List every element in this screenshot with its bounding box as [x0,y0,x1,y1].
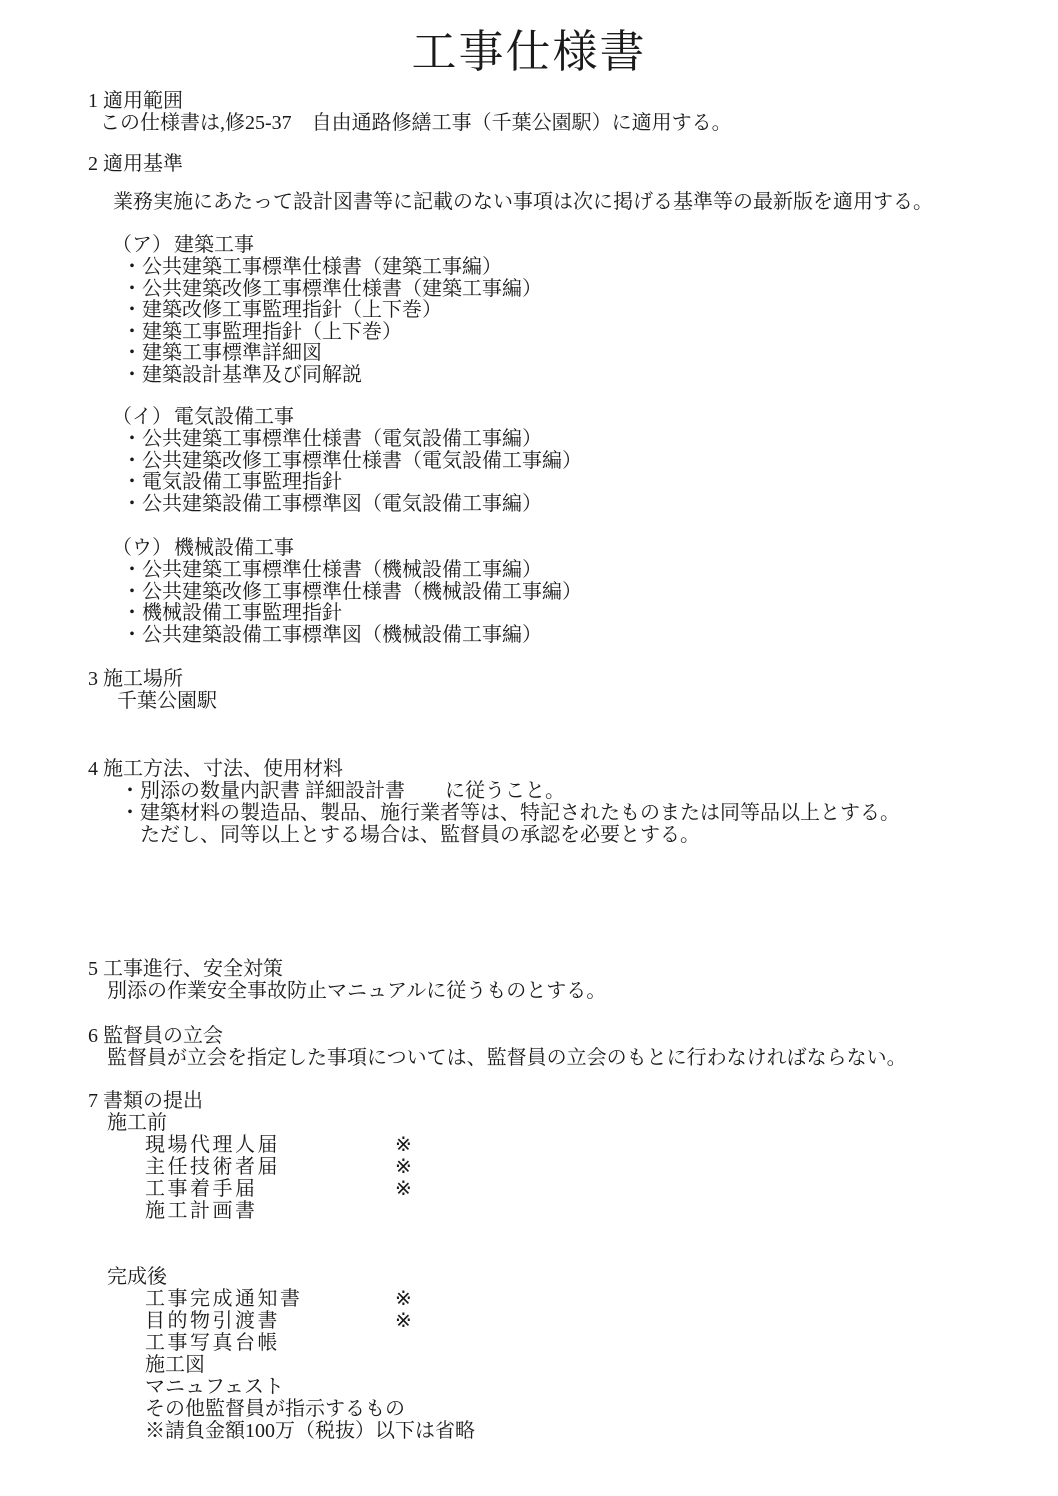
documents-before-list: 現場代理人届※ 主任技術者届※ 工事着手届※ 施工計画書 [145,1134,280,1222]
document-item-label: 施工計画書 [145,1200,258,1222]
standards-list: ・公共建築工事標準仕様書（建築工事編） ・公共建築改修工事標準仕様書（建築工事編… [122,257,542,386]
standards-list: ・公共建築工事標準仕様書（電気設備工事編） ・公共建築改修工事標準仕様書（電気設… [122,429,582,515]
group-name: 機械設備工事 [174,537,294,559]
document-item: 主任技術者届※ [145,1156,280,1178]
standards-list: ・公共建築工事標準仕様書（機械設備工事編） ・公共建築改修工事標準仕様書（機械設… [122,560,582,646]
section-number: 3 [88,668,103,690]
section-6-body: 監督員が立会を指定した事項については、監督員の立会のもとに行わなければならない。 [107,1047,907,1069]
bullet-icon: ・ [122,279,142,301]
list-item-text: 建築工事監理指針（上下巻） [142,321,402,343]
bullet-icon: ・ [122,560,142,582]
document-item-label: 工事完成通知書 [145,1288,303,1310]
document-item-label: 主任技術者届 [145,1156,280,1178]
section-5-body: 別添の作業安全事故防止マニュアルに従うものとする。 [107,980,606,1002]
list-item-text: 公共建築工事標準仕様書（機械設備工事編） [142,559,542,581]
group-name: 建築工事 [174,234,254,256]
list-item: ・建築設計基準及び同解説 [122,365,542,387]
section-5: 5工事進行、安全対策 別添の作業安全事故防止マニュアルに従うものとする。 [88,958,606,1002]
subsection-label-after: 完成後 [107,1266,475,1288]
document-item: 施工計画書 [145,1200,280,1222]
section-4-list: ・別添の数量内訳書 詳細設計書 に従うこと。 ・建築材料の製造品、製品、施行業者… [120,780,900,824]
section-number: 5 [88,958,103,980]
section-heading: 施工方法、寸法、使用材料 [103,758,343,780]
list-item-text: 公共建築工事標準仕様書（建築工事編） [142,256,502,278]
standards-group-architecture: （ア）建築工事 ・公共建築工事標準仕様書（建築工事編） ・公共建築改修工事標準仕… [112,233,542,386]
documents-after-list: 工事完成通知書※ 目的物引渡書※ 工事写真台帳 施工図 マニュフェスト その他監… [145,1288,475,1442]
section-heading-row: 4施工方法、寸法、使用材料 [88,758,900,780]
list-item: ・公共建築改修工事標準仕様書（建築工事編） [122,279,542,301]
list-item-text: 建築改修工事監理指針（上下巻） [142,299,442,321]
list-item: ・公共建築工事標準仕様書（電気設備工事編） [122,429,582,451]
list-item: ・公共建築設備工事標準図（機械設備工事編） [122,625,582,647]
section-heading-row: 3施工場所 [88,668,217,690]
section-7: 7書類の提出 施工前 現場代理人届※ 主任技術者届※ 工事着手届※ 施工計画書 [88,1090,280,1222]
list-item: ・公共建築設備工事標準図（電気設備工事編） [122,494,582,516]
document-item: 施工図 [145,1354,475,1376]
group-heading: （ア）建築工事 [112,233,542,257]
bullet-icon: ・ [122,625,142,647]
list-item: ・建築工事標準詳細図 [122,343,542,365]
list-item-continuation: ただし、同等以上とする場合は、監督員の承認を必要とする。 [140,824,900,846]
list-item: ・機械設備工事監理指針 [122,603,582,625]
section-6: 6監督員の立会 監督員が立会を指定した事項については、監督員の立会のもとに行わな… [88,1025,907,1069]
document-item-label: 工事写真台帳 [145,1332,280,1354]
section-heading-row: 1適用範囲 [88,90,183,112]
bullet-icon: ・ [122,365,142,387]
bullet-icon: ・ [120,780,140,802]
list-item: ・建築材料の製造品、製品、施行業者等は、特記されたものまたは同等品以上とする。 [120,802,900,824]
bullet-icon: ・ [120,802,140,824]
bullet-icon: ・ [122,429,142,451]
section-2: 2適用基準 [88,153,183,175]
section-1: 1適用範囲 [88,90,183,112]
group-heading: （ウ）機械設備工事 [112,536,582,560]
omission-note: ※請負金額100万（税抜）以下は省略 [145,1420,475,1442]
document-item-label: 目的物引渡書 [145,1310,280,1332]
section-heading-row: 6監督員の立会 [88,1025,907,1047]
bullet-icon: ・ [122,343,142,365]
section-heading: 施工場所 [103,668,183,690]
document-item-label: マニュフェスト [145,1376,284,1398]
bullet-icon: ・ [122,322,142,344]
reference-mark: ※ [395,1156,412,1178]
group-name: 電気設備工事 [174,406,294,428]
section-number: 7 [88,1090,103,1112]
document-item-label: 施工図 [145,1354,205,1376]
specification-document-page: 工事仕様書 1適用範囲 この仕様書は,修25-37 自由通路修繕工事（千葉公園駅… [0,0,1058,1496]
list-item-text: 別添の数量内訳書 詳細設計書 に従うこと。 [140,780,565,802]
list-item-text: 公共建築設備工事標準図（機械設備工事編） [142,624,542,646]
document-item: 目的物引渡書※ [145,1310,475,1332]
omission-note-text: ※請負金額100万（税抜）以下は省略 [145,1420,475,1442]
list-item: ・建築改修工事監理指針（上下巻） [122,300,542,322]
bullet-icon: ・ [122,257,142,279]
list-item-text: 建築材料の製造品、製品、施行業者等は、特記されたものまたは同等品以上とする。 [140,802,900,824]
section-2-body: 業務実施にあたって設計図書等に記載のない事項は次に掲げる基準等の最新版を適用する… [113,191,933,213]
document-item: 工事着手届※ [145,1178,280,1200]
subsection-label-before: 施工前 [107,1112,280,1134]
section-3-body: 千葉公園駅 [117,690,217,712]
document-item-label: その他監督員が指示するもの [145,1398,405,1420]
section-heading: 書類の提出 [103,1090,203,1112]
list-item-text: 公共建築設備工事標準図（電気設備工事編） [142,493,542,515]
bullet-icon: ・ [122,582,142,604]
list-item-text: 機械設備工事監理指針 [142,602,342,624]
standards-group-mechanical: （ウ）機械設備工事 ・公共建築工事標準仕様書（機械設備工事編） ・公共建築改修工… [112,536,582,646]
list-item: ・電気設備工事監理指針 [122,472,582,494]
list-item: ・公共建築改修工事標準仕様書（電気設備工事編） [122,451,582,473]
bullet-icon: ・ [122,603,142,625]
document-title: 工事仕様書 [0,27,1058,77]
section-number: 6 [88,1025,103,1047]
list-item-text: 公共建築改修工事標準仕様書（建築工事編） [142,278,542,300]
reference-mark: ※ [395,1178,412,1200]
group-heading: （イ）電気設備工事 [112,405,582,429]
section-3: 3施工場所 千葉公園駅 [88,668,217,712]
section-heading: 適用基準 [103,153,183,175]
list-item-text: 公共建築工事標準仕様書（電気設備工事編） [142,428,542,450]
document-item: 工事写真台帳 [145,1332,475,1354]
list-item-text: 公共建築改修工事標準仕様書（機械設備工事編） [142,581,582,603]
group-label: （イ） [112,406,172,428]
section-heading: 適用範囲 [103,90,183,112]
bullet-icon: ・ [122,451,142,473]
section-heading: 工事進行、安全対策 [103,958,283,980]
list-item: ・公共建築工事標準仕様書（建築工事編） [122,257,542,279]
section-4: 4施工方法、寸法、使用材料 ・別添の数量内訳書 詳細設計書 に従うこと。 ・建築… [88,758,900,846]
reference-mark: ※ [395,1310,412,1332]
list-item: ・別添の数量内訳書 詳細設計書 に従うこと。 [120,780,900,802]
section-heading: 監督員の立会 [103,1025,223,1047]
documents-after-block: 完成後 工事完成通知書※ 目的物引渡書※ 工事写真台帳 施工図 マニュフェスト … [107,1266,475,1442]
section-number: 1 [88,90,103,112]
list-item: ・公共建築改修工事標準仕様書（機械設備工事編） [122,582,582,604]
document-item: 現場代理人届※ [145,1134,280,1156]
section-heading-row: 5工事進行、安全対策 [88,958,606,980]
list-item: ・公共建築工事標準仕様書（機械設備工事編） [122,560,582,582]
standards-group-electrical: （イ）電気設備工事 ・公共建築工事標準仕様書（電気設備工事編） ・公共建築改修工… [112,405,582,515]
document-item: その他監督員が指示するもの [145,1398,475,1420]
list-item: ・建築工事監理指針（上下巻） [122,322,542,344]
bullet-icon: ・ [122,472,142,494]
group-label: （ア） [112,234,172,256]
section-1-body: この仕様書は,修25-37 自由通路修繕工事（千葉公園駅）に適用する。 [100,112,732,134]
section-number: 4 [88,758,103,780]
document-item-label: 現場代理人届 [145,1134,280,1156]
section-heading-row: 2適用基準 [88,153,183,175]
list-item-text: 建築設計基準及び同解説 [142,364,362,386]
list-item-text: 電気設備工事監理指針 [142,471,342,493]
section-number: 2 [88,153,103,175]
bullet-icon: ・ [122,300,142,322]
list-item-text: 公共建築改修工事標準仕様書（電気設備工事編） [142,450,582,472]
group-label: （ウ） [112,537,172,559]
document-item: マニュフェスト [145,1376,475,1398]
bullet-icon: ・ [122,494,142,516]
list-item-text: 建築工事標準詳細図 [142,342,322,364]
reference-mark: ※ [395,1288,412,1310]
document-item-label: 工事着手届 [145,1178,258,1200]
reference-mark: ※ [395,1134,412,1156]
document-item: 工事完成通知書※ [145,1288,475,1310]
section-heading-row: 7書類の提出 [88,1090,280,1112]
